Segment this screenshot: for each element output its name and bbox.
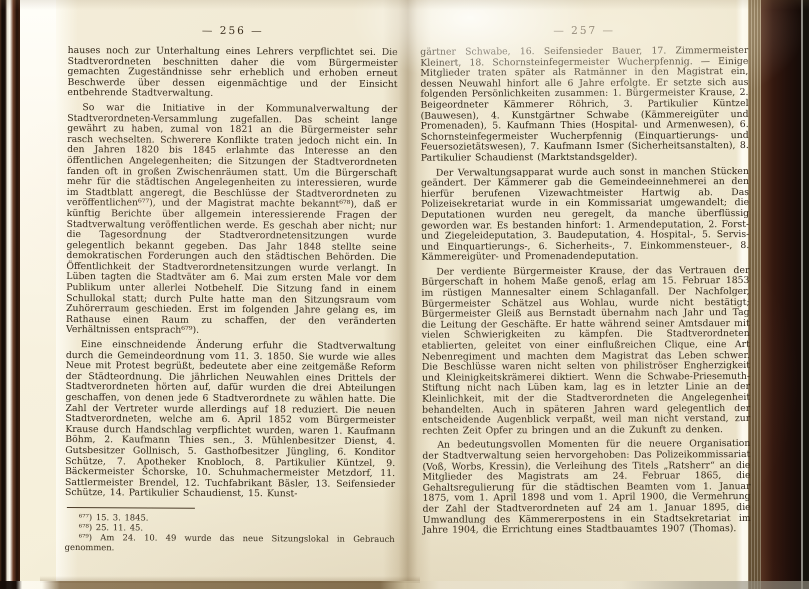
paragraph: gärtner Schwabe, 16. Seifensieder Bauer,… [420, 46, 749, 164]
right-page: — 257 — gärtner Schwabe, 16. Seifensiede… [420, 0, 751, 536]
page-number-right: — 257 — [420, 24, 748, 38]
footnote-item: ⁶⁷⁹) Am 24. 10. 49 wurde das neue Sitzun… [65, 532, 395, 554]
book-spine-left [0, 0, 20, 589]
scan-border-bottom [0, 581, 809, 589]
paragraph: So war die Initiative in der Kommunalver… [66, 103, 397, 338]
paragraph: Eine einschneidende Änderung erfuhr die … [65, 340, 396, 501]
footnote-rule [67, 507, 195, 509]
paragraph: Der Verwaltungsapparat wurde auch sonst … [421, 167, 749, 264]
scan-border-right [803, 0, 809, 589]
footnotes: ⁶⁷⁷) 15. 3. 1845. ⁶⁷⁸) 25. 11. 45. ⁶⁷⁹) … [65, 512, 395, 554]
page-number-left: — 256 — [68, 24, 398, 38]
right-page-body: gärtner Schwabe, 16. Seifensieder Bauer,… [420, 46, 751, 536]
left-page-body: hauses noch zur Unterhaltung eines Lehre… [65, 46, 398, 501]
paragraph: hauses noch zur Unterhaltung eines Lehre… [67, 46, 397, 101]
paragraph: An bedeutungsvollen Momenten für die neu… [422, 439, 750, 536]
book-cover-edge-right [761, 0, 801, 589]
left-page: — 256 — hauses noch zur Unterhaltung ein… [65, 0, 398, 554]
left-page-edge-strip [20, 0, 56, 589]
paragraph: Der verdiente Bürgermeister Krause, der … [421, 266, 750, 437]
book-scan: — 256 — hauses noch zur Unterhaltung ein… [0, 0, 809, 589]
